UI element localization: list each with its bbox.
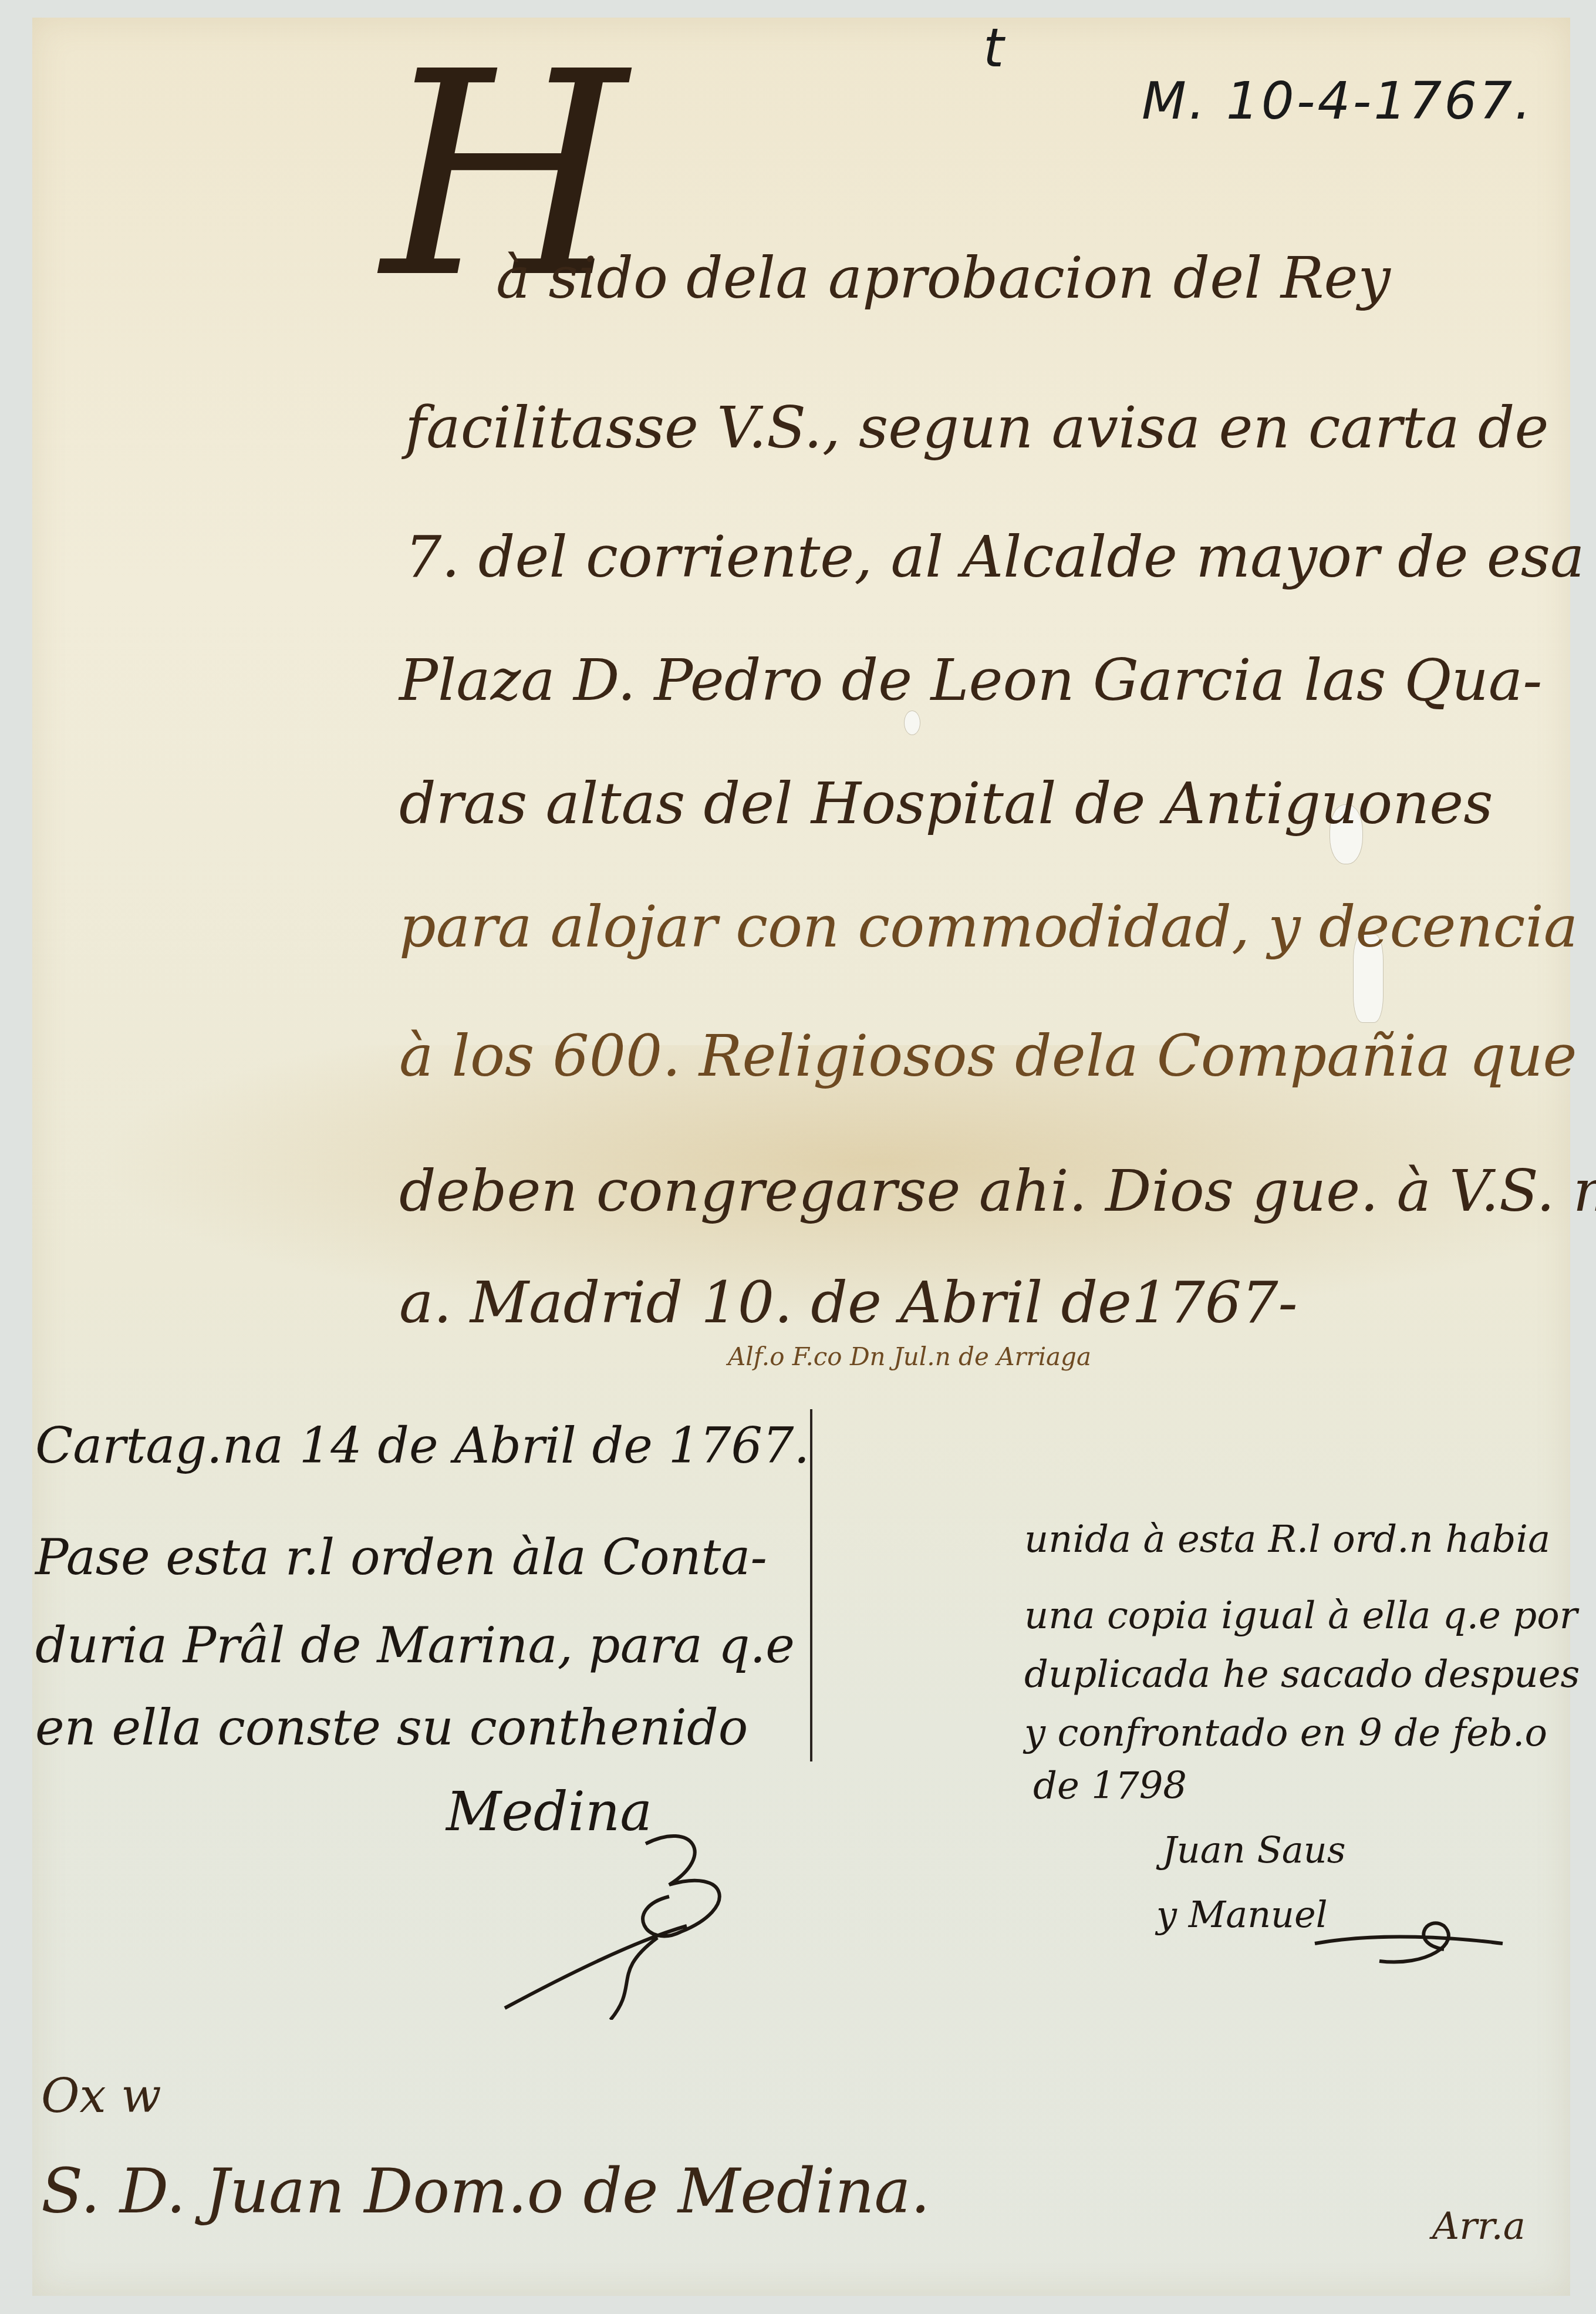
salutation: Ox w: [41, 2073, 161, 2120]
letter-line: à sido dela aprobacion del Rey: [496, 250, 1391, 307]
letter-line: deben congregarse ahi. Dios gue. à V.S. …: [399, 1163, 1596, 1220]
note-line: unida à esta R.l ord.n habia: [1024, 1521, 1550, 1558]
letter-line: a. Madrid 10. de Abril de1767-: [399, 1274, 1298, 1332]
decree-line: Cartag.na 14 de Abril de 1767.: [35, 1421, 809, 1470]
paper-hole: [904, 710, 920, 735]
note-line: de 1798: [1033, 1767, 1187, 1805]
letter-line: dras altas del Hospital de Antiguones: [399, 775, 1493, 833]
decree-line: en ella conste su conthenido: [35, 1703, 748, 1752]
closing-mark: Arr.a: [1432, 2208, 1526, 2245]
decree-line: duria Prâl de Marina, para q.e: [35, 1621, 795, 1670]
note-signature-line: y Manuel: [1156, 1897, 1328, 1933]
minister-signature: Alf.o F.co Dn Jul.n de Arriaga: [728, 1345, 1091, 1369]
letter-line: para alojar con commodidad, y decencia: [399, 898, 1578, 956]
note-line: duplicada he sacado despues: [1024, 1656, 1580, 1693]
letter-line: facilitasse V.S., segun avisa en carta d…: [405, 399, 1549, 457]
addressee-name: S. D. Juan Dom.o de Medina.: [41, 2161, 930, 2222]
margin-rule: [810, 1409, 812, 1761]
letter-line: à los 600. Religiosos dela Compañia que: [399, 1028, 1577, 1085]
signature-rubric: [1309, 1908, 1509, 1979]
note-signature-line: Juan Saus: [1162, 1832, 1346, 1868]
note-line: y confrontado en 9 de feb.o: [1024, 1715, 1547, 1752]
catalog-mark: t: [983, 18, 1004, 79]
decree-line: Pase esta r.l orden àla Conta-: [35, 1532, 767, 1582]
letter-line: 7. del corriente, al Alcalde mayor de es…: [405, 528, 1584, 586]
letter-line: Plaza D. Pedro de Leon Garcia las Qua-: [399, 652, 1542, 709]
catalog-date: M. 10-4-1767.: [1142, 70, 1533, 131]
note-line: una copia igual à ella q.e por: [1024, 1597, 1577, 1635]
signature-rubric: [493, 1820, 787, 2020]
